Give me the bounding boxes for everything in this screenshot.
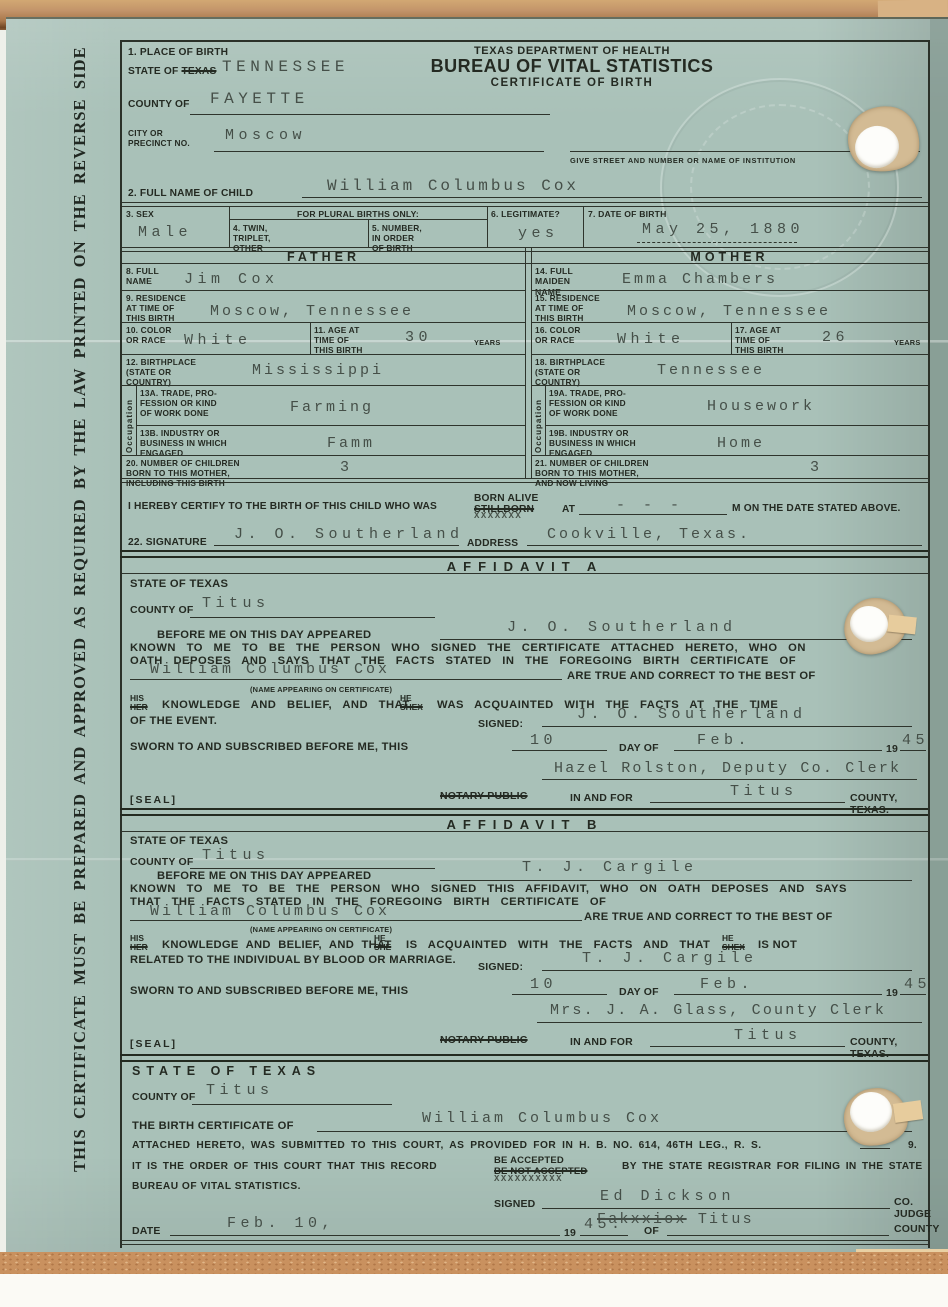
mother-occupation-sidebar-label: Occupation <box>534 399 543 453</box>
address-label: ADDRESS <box>467 538 518 550</box>
divider <box>120 1240 928 1245</box>
certificate-of-birth-title: CERTIFICATE OF BIRTH <box>332 77 812 91</box>
time-value: - - - <box>616 498 684 515</box>
divider <box>650 1046 845 1047</box>
affidavit-a-county-label: COUNTY OF <box>130 604 193 616</box>
child-name-value: William Columbus Cox <box>327 178 579 196</box>
affidavit-a-before-label: BEFORE ME ON THIS DAY APPEARED <box>157 629 371 642</box>
affidavit-b-isnot-text: IS NOT <box>758 939 797 952</box>
divider <box>214 545 459 546</box>
children-living-label: 21. NUMBER OF CHILDREN BORN TO THIS MOTH… <box>535 458 649 488</box>
father-trade-value: Farming <box>290 400 374 417</box>
strikeout-x-row: XXXXXXXXXX <box>494 1174 563 1184</box>
child-name-label: 2. FULL NAME OF CHILD <box>128 188 253 200</box>
his-her-stack: HISHER <box>130 694 148 713</box>
divider <box>542 726 912 727</box>
affidavit-b-county-value: Titus <box>202 848 270 865</box>
divider <box>302 197 922 198</box>
divider <box>900 994 926 995</box>
divider <box>512 994 607 995</box>
affidavit-b-knowledge-text: KNOWLEDGE AND BELIEF, AND THAT <box>162 939 392 952</box>
legitimate-label: 6. LEGITIMATE? <box>491 209 560 219</box>
divider <box>545 385 546 455</box>
mother-race-value: White <box>617 332 685 349</box>
divider <box>674 750 882 751</box>
mother-section-heading: MOTHER <box>531 250 928 264</box>
father-birthplace-value: Mississippi <box>252 363 384 380</box>
plural-births-label: FOR PLURAL BIRTHS ONLY: <box>229 209 487 219</box>
divider <box>860 1148 890 1149</box>
affidavit-b-day-value: 10 <box>530 977 557 994</box>
divider <box>120 550 928 558</box>
divider <box>527 545 922 546</box>
affidavit-b-signed-value: T. J. Cargile <box>582 951 758 968</box>
affidavit-a-name-value: William Columbus Cox <box>150 662 390 679</box>
court-year-value: 45. <box>584 1217 625 1234</box>
court-judge-label: CO. JUDGE <box>894 1196 931 1221</box>
affidavit-a-true-text: ARE TRUE AND CORRECT TO THE BEST OF <box>567 670 816 683</box>
affidavit-a-state: STATE OF TEXAS <box>130 578 228 591</box>
at-label: AT <box>562 504 575 516</box>
state-of-label: STATE OF TEXAS <box>128 66 216 78</box>
county-value: FAYETTE <box>210 91 309 109</box>
father-race-label: 10. COLOR OR RACE <box>126 325 172 345</box>
affidavit-b-appeared-value: T. J. Cargile <box>522 860 698 877</box>
father-age-value: 30 <box>405 330 432 347</box>
mother-residence-value: Moscow, Tennessee <box>627 304 831 321</box>
divider <box>170 1235 560 1236</box>
affidavit-a-signed-label: SIGNED: <box>478 718 523 730</box>
divider <box>545 425 928 426</box>
name-on-certificate-caption: (NAME APPEARING ON CERTIFICATE) <box>250 926 392 935</box>
divider <box>637 242 797 243</box>
affidavit-b-true-text: ARE TRUE AND CORRECT TO THE BEST OF <box>584 911 833 924</box>
divider <box>122 385 525 386</box>
court-attached-text: ATTACHED HERETO, WAS SUBMITTED TO THIS C… <box>132 1140 762 1152</box>
mother-years-label: YEARS <box>894 339 920 348</box>
father-age-label: 11. AGE AT TIME OF THIS BIRTH <box>314 325 363 355</box>
county-of-label: COUNTY OF <box>128 99 190 111</box>
divider <box>136 425 525 426</box>
binding-strip-bottom <box>0 1252 948 1274</box>
mother-residence-label: 15. RESIDENCE AT TIME OF THIS BIRTH <box>535 293 600 323</box>
divider <box>674 994 882 995</box>
mother-industry-value: Home <box>717 436 765 453</box>
mother-trade-label: 19A. TRADE, PRO- FESSION OR KIND OF WORK… <box>549 388 626 418</box>
affidavit-a-sworn-label: SWORN TO AND SUBSCRIBED BEFORE ME, THIS <box>130 741 408 754</box>
divider <box>583 206 584 247</box>
place-of-birth-label: 1. PLACE OF BIRTH <box>128 47 228 59</box>
state-struck-texas: TEXAS <box>182 66 217 77</box>
signature-value: J. O. Southerland <box>234 527 464 544</box>
mother-birthplace-label: 18. BIRTHPLACE (STATE OR COUNTRY) <box>535 357 605 387</box>
father-race-value: White <box>184 333 252 350</box>
affidavit-b-related-text: RELATED TO THE INDIVIDUAL BY BLOOD OR MA… <box>130 954 456 967</box>
mother-age-label: 17. AGE AT TIME OF THIS BIRTH <box>735 325 784 355</box>
divider <box>136 385 137 455</box>
divider <box>122 831 928 832</box>
divider <box>650 802 845 803</box>
affidavit-a-county2-value: Titus <box>730 784 798 801</box>
affidavit-b-month-value: Feb. <box>700 977 754 994</box>
court-signed-value: Ed Dickson <box>600 1189 735 1206</box>
divider <box>542 970 912 971</box>
torn-paper-chip <box>887 615 917 635</box>
father-years-label: YEARS <box>474 339 500 348</box>
divider <box>120 1054 928 1062</box>
court-of-label: OF <box>644 1225 659 1237</box>
affidavit-b-inandfor-label: IN AND FOR <box>570 1036 633 1048</box>
father-residence-label: 9. RESIDENCE AT TIME OF THIS BIRTH <box>126 293 186 323</box>
affidavit-b-year-prefix: 19 <box>886 987 898 999</box>
divider <box>190 868 435 869</box>
divider <box>440 880 912 881</box>
affidavit-b-dayof-label: DAY OF <box>619 986 659 998</box>
affidavit-a-inandfor-label: IN AND FOR <box>570 792 633 804</box>
divider <box>531 247 532 478</box>
divider <box>229 219 487 220</box>
affidavit-a-day-value: 10 <box>530 733 557 750</box>
affidavit-b-county2-value: Titus <box>734 1028 802 1045</box>
date-of-birth-value: May 25, 1880 <box>642 222 804 239</box>
mother-trade-value: Housework <box>707 399 815 416</box>
divider <box>440 639 912 640</box>
scanner-background <box>0 1274 948 1307</box>
be-accepted-option: BE ACCEPTED <box>494 1155 564 1166</box>
affidavit-a-seal-label: [SEAL] <box>130 794 177 806</box>
divider <box>310 322 311 354</box>
vertical-margin-text: THIS CERTIFICATE MUST BE PREPARED AND AP… <box>70 42 90 1172</box>
divider <box>190 114 550 115</box>
certify-statement: I HEREBY CERTIFY TO THE BIRTH OF THIS CH… <box>128 501 437 513</box>
affidavit-a-event-text: OF THE EVENT. <box>130 715 217 728</box>
affidavit-b-seal-label: [SEAL] <box>130 1038 177 1050</box>
father-trade-label: 13A. TRADE, PRO- FESSION OR KIND OF WORK… <box>140 388 217 418</box>
divider <box>531 322 928 323</box>
affidavit-a-year-prefix: 19 <box>886 743 898 755</box>
affidavit-a-notary-struck: NOTARY PUBLIC <box>440 790 528 802</box>
divider <box>667 1235 889 1236</box>
court-signed-label: SIGNED <box>494 1198 535 1210</box>
divider <box>122 322 525 323</box>
divider <box>531 385 928 386</box>
affidavit-b-heading: AFFIDAVIT B <box>122 817 928 832</box>
divider <box>542 1208 890 1209</box>
divider <box>122 290 525 291</box>
divider <box>317 1131 912 1132</box>
affidavit-b-year-value: 45 <box>904 977 931 994</box>
court-order-text: IT IS THE ORDER OF THIS COURT THAT THIS … <box>132 1161 437 1173</box>
affidavit-a-heading: AFFIDAVIT A <box>122 559 928 574</box>
scanned-birth-certificate-page: THIS CERTIFICATE MUST BE PREPARED AND AP… <box>0 0 948 1307</box>
mother-industry-label: 19B. INDUSTRY OR BUSINESS IN WHICH ENGAG… <box>549 428 636 458</box>
divider <box>122 573 928 574</box>
father-industry-label: 13B. INDUSTRY OR BUSINESS IN WHICH ENGAG… <box>140 428 227 458</box>
affidavit-a-year-value: 45 <box>902 733 929 750</box>
sex-label: 3. SEX <box>126 209 154 219</box>
court-cert-of-label: THE BIRTH CERTIFICATE OF <box>132 1120 294 1133</box>
father-name-label: 8. FULL NAME <box>126 266 159 287</box>
divider <box>531 290 928 291</box>
court-registrar-text: BY THE STATE REGISTRAR FOR FILING IN THE… <box>622 1161 923 1173</box>
divider <box>122 202 928 207</box>
divider <box>525 247 526 478</box>
divider <box>368 220 369 247</box>
court-date-label: DATE <box>132 1225 161 1237</box>
certificate-form: 1. PLACE OF BIRTH STATE OF TEXAS TENNESS… <box>120 40 930 1248</box>
divider <box>531 354 928 355</box>
mother-name-value: Emma Chambers <box>622 272 778 289</box>
father-section-heading: FATHER <box>122 250 525 264</box>
mother-birthplace-value: Tennessee <box>657 363 765 380</box>
court-cert-of-value: William Columbus Cox <box>422 1111 662 1128</box>
father-occupation-sidebar-label: Occupation <box>125 399 134 453</box>
he-she-stack: HESHEX <box>400 694 423 713</box>
affidavit-a-knowledge-text: KNOWLEDGE AND BELIEF, AND THAT <box>162 699 410 712</box>
state-value: TENNESSEE <box>222 59 349 77</box>
father-residence-value: Moscow, Tennessee <box>210 304 414 321</box>
court-state-heading: STATE OF TEXAS <box>132 1064 321 1078</box>
affidavit-b-sworn-label: SWORN TO AND SUBSCRIBED BEFORE ME, THIS <box>130 985 408 998</box>
affidavit-a-dayof-label: DAY OF <box>619 742 659 754</box>
his-her-stack: HISHER <box>130 934 148 953</box>
street-caption: GIVE STREET AND NUMBER OR NAME OF INSTIT… <box>570 157 796 166</box>
affidavit-b-notary-struck: NOTARY PUBLIC <box>440 1034 528 1046</box>
on-date-stated-label: M ON THE DATE STATED ABOVE. <box>732 503 901 515</box>
address-value: Cookville, Texas. <box>547 527 751 544</box>
mother-age-value: 26 <box>822 330 849 347</box>
court-county-label2: COUNTY <box>894 1223 940 1235</box>
affidavit-a-clerk-value: Hazel Rolston, Deputy Co. Clerk <box>554 761 901 778</box>
divider <box>122 455 525 456</box>
he-she-stack: HESHE <box>374 934 391 953</box>
divider <box>120 808 928 816</box>
affidavit-b-before-label: BEFORE ME ON THIS DAY APPEARED <box>157 870 371 883</box>
children-living-value: 3 <box>810 460 824 477</box>
divider <box>192 1104 392 1105</box>
city-precinct-label: CITY OR PRECINCT NO. <box>128 128 190 148</box>
court-year-prefix: 19 <box>564 1227 576 1239</box>
children-born-value: 3 <box>340 460 354 477</box>
legitimate-value: yes <box>518 226 559 243</box>
city-value: Moscow <box>225 128 306 145</box>
divider <box>512 750 607 751</box>
mother-race-label: 16. COLOR OR RACE <box>535 325 581 345</box>
divider <box>900 750 926 751</box>
strikeout-x-row: XXXXXXX <box>474 511 522 521</box>
divider <box>122 478 928 483</box>
divider <box>130 679 562 680</box>
divider <box>580 1235 628 1236</box>
court-county-value: Titus <box>206 1083 274 1100</box>
divider <box>190 617 435 618</box>
children-born-label: 20. NUMBER OF CHILDREN BORN TO THIS MOTH… <box>126 458 240 488</box>
divider <box>130 920 582 921</box>
affidavit-b-clerk-value: Mrs. J. A. Glass, County Clerk <box>550 1003 886 1020</box>
court-bureau-text: BUREAU OF VITAL STATISTICS. <box>132 1181 301 1193</box>
signature-label: 22. SIGNATURE <box>128 537 207 549</box>
affidavit-b-signed-label: SIGNED: <box>478 961 523 973</box>
father-name-value: Jim Cox <box>184 272 279 289</box>
bureau-title: BUREAU OF VITAL STATISTICS <box>332 56 812 77</box>
divider <box>214 151 544 152</box>
father-industry-value: Famm <box>327 436 375 453</box>
paper-right-shadow <box>930 17 948 1252</box>
affidavit-a-month-value: Feb. <box>697 733 751 750</box>
divider <box>531 455 928 456</box>
date-of-birth-label: 7. DATE OF BIRTH <box>588 209 666 219</box>
affidavit-a-signed-value: J. O. Southerland <box>577 707 807 724</box>
court-after-hole-text: 9. <box>908 1140 917 1152</box>
affidavit-a-appeared-value: J. O. Southerland <box>507 620 737 637</box>
court-date-value: Feb. 10, <box>227 1216 335 1233</box>
court-county-label: COUNTY OF <box>132 1091 195 1103</box>
divider <box>542 779 917 780</box>
affidavit-a-county-value: Titus <box>202 596 270 613</box>
father-birthplace-label: 12. BIRTHPLACE (STATE OR COUNTRY) <box>126 357 196 387</box>
divider <box>537 1022 922 1023</box>
divider <box>731 322 732 354</box>
sex-value: Male <box>138 225 192 242</box>
affidavit-b-name-value: William Columbus Cox <box>150 904 390 921</box>
torn-paper-chip <box>893 1100 923 1123</box>
divider <box>122 354 525 355</box>
affidavit-b-county-label: COUNTY OF <box>130 856 193 868</box>
divider <box>487 206 488 247</box>
name-on-certificate-caption: (NAME APPEARING ON CERTIFICATE) <box>250 686 392 695</box>
